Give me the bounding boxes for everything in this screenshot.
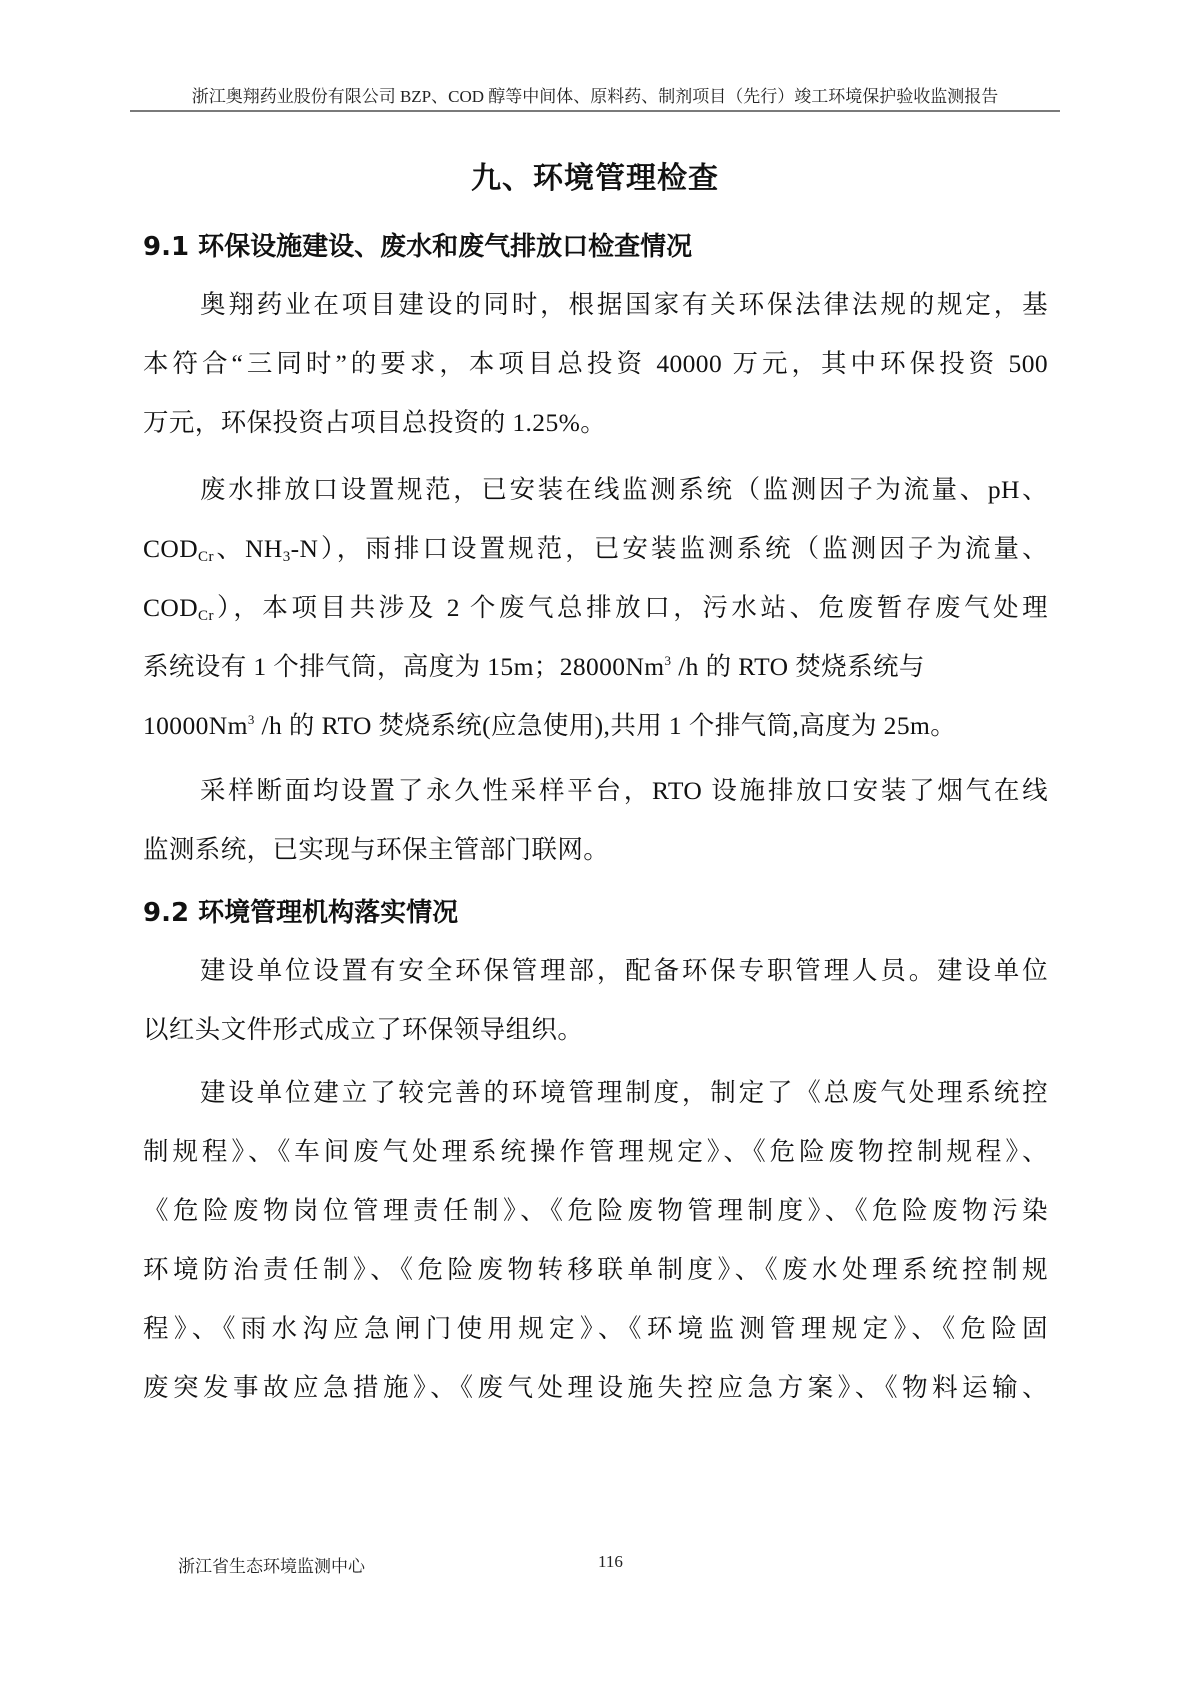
text: COD (143, 534, 198, 563)
text: COD (143, 593, 198, 622)
paragraph-line: 程》、《雨水沟应急闸门使用规定》、《环境监测管理规定》、《危险固 (143, 1309, 1048, 1345)
text: 系统设有 1 个排气筒，高度为 15m；28000Nm (143, 652, 665, 681)
chapter-title: 九、环境管理检查 (130, 153, 1060, 197)
paragraph-line: 10000Nm3 /h 的 RTO 焚烧系统(应急使用),共用 1 个排气筒,高… (143, 706, 956, 742)
text: /h 的 RTO 焚烧系统与 (671, 652, 924, 681)
paragraph-line: 奥翔药业在项目建设的同时，根据国家有关环保法律法规的规定，基 (200, 285, 1048, 321)
paragraph-line: 废突发事故应急措施》、《废气处理设施失控应急方案》、《物料运输、 (143, 1368, 1048, 1404)
text: /h 的 RTO 焚烧系统(应急使用),共用 1 个排气筒,高度为 25m。 (255, 711, 956, 740)
page-number: 116 (598, 1552, 623, 1572)
subscript: Cr (198, 549, 214, 565)
section-heading-9-2: 9.2 环境管理机构落实情况 (143, 892, 458, 929)
paragraph-line: 采样断面均设置了永久性采样平台，RTO 设施排放口安装了烟气在线 (200, 771, 1048, 807)
text: -N），雨排口设置规范，已安装监测系统（监测因子为流量、 (291, 534, 1048, 563)
paragraph-line: 监测系统，已实现与环保主管部门联网。 (143, 830, 609, 866)
paragraph-line: 建设单位建立了较完善的环境管理制度，制定了《总废气处理系统控 (200, 1073, 1048, 1109)
paragraph-line: CODCr、NH3-N），雨排口设置规范，已安装监测系统（监测因子为流量、 (143, 529, 1048, 565)
section-heading-9-1: 9.1 环保设施建设、废水和废气排放口检查情况 (143, 226, 692, 263)
subscript: Cr (198, 608, 214, 624)
footer-organization: 浙江省生态环境监测中心 (178, 1552, 365, 1577)
paragraph-line: CODCr），本项目共涉及 2 个废气总排放口，污水站、危废暂存废气处理 (143, 588, 1048, 624)
running-header: 浙江奥翔药业股份有限公司 BZP、COD 醇等中间体、原料药、制剂项目（先行）竣… (130, 82, 1060, 107)
paragraph-line: 《危险废物岗位管理责任制》、《危险废物管理制度》、《危险废物污染 (143, 1191, 1048, 1227)
paragraph-line: 制规程》、《车间废气处理系统操作管理规定》、《危险废物控制规程》、 (143, 1132, 1048, 1168)
subscript: 3 (283, 549, 291, 565)
paragraph-line: 废水排放口设置规范，已安装在线监测系统（监测因子为流量、pH、 (200, 470, 1048, 506)
paragraph-line: 万元，环保投资占项目总投资的 1.25%。 (143, 403, 606, 439)
paragraph-line: 环境防治责任制》、《危险废物转移联单制度》、《废水处理系统控制规 (143, 1250, 1048, 1286)
text: 10000Nm (143, 711, 248, 740)
paragraph-line: 以红头文件形式成立了环保领导组织。 (143, 1010, 583, 1046)
header-divider (130, 110, 1060, 112)
text: 、NH (214, 534, 283, 563)
paragraph-line: 建设单位设置有安全环保管理部，配备环保专职管理人员。建设单位 (200, 951, 1048, 987)
paragraph-line: 本符合“三同时”的要求，本项目总投资 40000 万元，其中环保投资 500 (143, 344, 1048, 380)
text: ），本项目共涉及 2 个废气总排放口，污水站、危废暂存废气处理 (214, 593, 1048, 622)
superscript: 3 (248, 712, 255, 727)
paragraph-line: 系统设有 1 个排气筒，高度为 15m；28000Nm3 /h 的 RTO 焚烧… (143, 647, 925, 683)
